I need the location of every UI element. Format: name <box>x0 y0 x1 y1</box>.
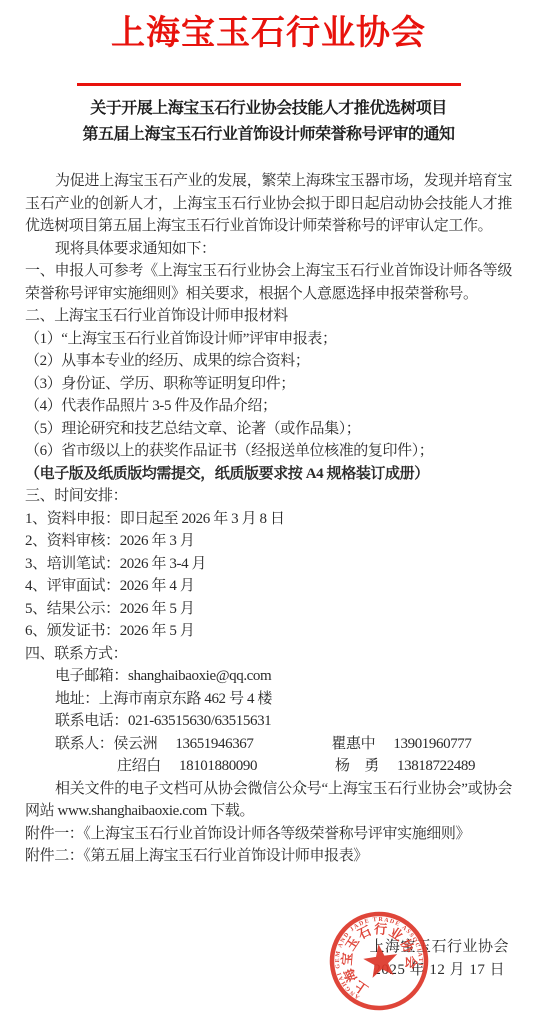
material-item-5: （5）理论研究和技艺总结文章、论著（或作品集）； <box>25 418 512 441</box>
contact-person-phone: 18101880090 <box>179 755 279 778</box>
schedule-item-4: 4、评审面试：2026 年 4 月 <box>25 575 512 598</box>
contact-person-name: 杨 勇 <box>335 755 385 778</box>
attachment-2: 附件二：《第五届上海宝玉石行业首饰设计师申报表》 <box>25 845 512 868</box>
material-item-4: （4）代表作品照片 3-5 件及作品介绍； <box>25 395 512 418</box>
material-item-6: （6）省市级以上的获奖作品证书（经报送单位核准的复印件）； <box>25 440 512 463</box>
contact-person-phone: 13651946367 <box>175 733 275 756</box>
document-title-line1: 关于开展上海宝玉石行业协会技能人才推优选树项目 <box>25 96 512 122</box>
contact-person-phone: 13818722489 <box>397 755 497 778</box>
intro-paragraph: 为促进上海宝玉石产业的发展，繁荣上海珠宝玉器市场，发现并培育宝玉石产业的创新人才… <box>25 170 512 238</box>
schedule-item-1: 1、资料申报：即日起至 2026 年 3 月 8 日 <box>25 508 512 531</box>
material-item-2: （2）从事本专业的经历、成果的综合资料； <box>25 350 512 373</box>
contact-persons-label: 联系人： <box>55 736 113 752</box>
section-3-heading: 三、时间安排： <box>25 485 512 508</box>
contact-persons-row-2: 庄绍白18101880090杨 勇13818722489 <box>25 755 512 778</box>
schedule-item-2: 2、资料审核：2026 年 3 月 <box>25 530 512 553</box>
intro-lead-in: 现将具体要求通知如下： <box>25 238 512 261</box>
official-seal-stamp: SHANGHAI GEM AND JADE TRADE ASSOCIATION … <box>324 906 434 1016</box>
contact-person-name: 瞿惠中 <box>331 733 381 756</box>
schedule-item-5: 5、结果公示：2026 年 5 月 <box>25 598 512 621</box>
contact-person-phone: 13901960777 <box>393 733 493 756</box>
contact-address: 地址：上海市南京东路 462 号 4 楼 <box>25 688 512 711</box>
download-note: 相关文件的电子文档可从协会微信公众号“上海宝玉石行业协会”或协会网站 www.s… <box>25 778 512 823</box>
contact-email: 电子邮箱：shanghaibaoxie@qq.com <box>25 665 512 688</box>
contact-person-name: 庄绍白 <box>117 755 167 778</box>
notice-document: 上海宝玉石行业协会 关于开展上海宝玉石行业协会技能人才推优选树项目 第五届上海宝… <box>0 0 539 1024</box>
org-name-header: 上海宝玉石行业协会 <box>25 12 512 56</box>
submission-note: （电子版及纸质版均需提交，纸质版要求按 A4 规格装订成册） <box>25 463 512 486</box>
section-2-heading: 二、上海宝玉石行业首饰设计师申报材料 <box>25 305 512 328</box>
document-content: 上海宝玉石行业协会 关于开展上海宝玉石行业协会技能人才推优选树项目 第五届上海宝… <box>0 0 539 868</box>
document-title-line2: 第五届上海宝玉石行业首饰设计师荣誉称号评审的通知 <box>25 122 512 148</box>
material-item-1: （1）“上海宝玉石行业首饰设计师”评审申报表； <box>25 328 512 351</box>
material-item-3: （3）身份证、学历、职称等证明复印件； <box>25 373 512 396</box>
seal-star-icon <box>362 942 400 979</box>
schedule-item-3: 3、培训笔试：2026 年 3-4 月 <box>25 553 512 576</box>
contact-persons-row-1: 联系人：侯云洲13651946367瞿惠中13901960777 <box>25 733 512 756</box>
attachment-1: 附件一：《上海宝玉石行业首饰设计师各等级荣誉称号评审实施细则》 <box>25 823 512 846</box>
contact-person-name: 侯云洲 <box>113 733 163 756</box>
section-1: 一、申报人可参考《上海宝玉石行业协会上海宝玉石行业首饰设计师各等级荣誉称号评审实… <box>25 260 512 305</box>
red-divider <box>77 83 461 86</box>
section-4-heading: 四、联系方式： <box>25 643 512 666</box>
schedule-item-6: 6、颁发证书：2026 年 5 月 <box>25 620 512 643</box>
contact-phone: 联系电话：021-63515630/63515631 <box>25 710 512 733</box>
document-body: 为促进上海宝玉石产业的发展，繁荣上海珠宝玉器市场，发现并培育宝玉石产业的创新人才… <box>25 170 512 868</box>
document-title: 关于开展上海宝玉石行业协会技能人才推优选树项目 第五届上海宝玉石行业首饰设计师荣… <box>25 96 512 148</box>
